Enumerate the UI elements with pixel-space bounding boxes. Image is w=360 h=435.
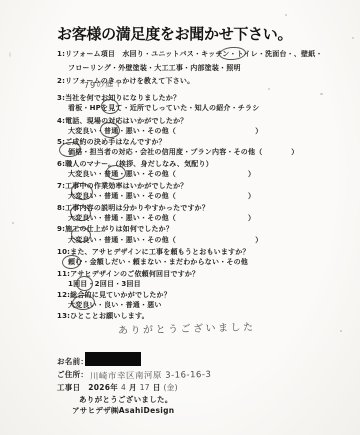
question-2: 2:リフォームのきっかけを教えて下さい。 [57, 77, 194, 85]
handwritten-month: 4 [121, 383, 126, 392]
page-title: お客様の満足度をお聞かせ下さい。 [57, 26, 292, 43]
scan-speck [320, 93, 323, 95]
question-1-line1: 1:リフォーム項目 水回り・ユニットバス・キッチン・トイレ・洗面台・、壁紙・ [57, 50, 323, 58]
scan-speck [12, 222, 14, 224]
name-redaction-box [85, 352, 141, 366]
printed-thanks: ありがとうございました。 [79, 395, 173, 404]
question-6-options: 大変良い・普通・悪い・その他（ ） [68, 170, 255, 178]
question-7-options: 大変良い・普通・悪い・その他（ ） [68, 192, 255, 200]
question-6: 6:職人のマナー。（挨拶、身だしなみ、気配り） [57, 160, 213, 168]
handwritten-address: 川崎市幸区南河原 3-16-16-3 [90, 368, 212, 382]
construction-date-line: 工事日 2026年 4 月 17 日 (金) [57, 383, 178, 392]
question-10: 10:また、アサヒデザインに工事を頼もうとおもいますか？ [57, 248, 250, 256]
question-3-options: 看板・HPを見て・近所でしっていた・知人の紹介・チラシ [68, 104, 259, 112]
handwritten-weekday: (金) [164, 383, 178, 392]
name-label: お名前： [57, 357, 88, 366]
scan-speck [352, 37, 354, 39]
question-4: 4:電話、現場の対応はいかがでしたか？ [57, 117, 187, 125]
handwritten-reason-note: 79の庭十 [84, 78, 124, 91]
question-3: 3:当社を何でお知りになりましたか？ [57, 94, 180, 102]
date-prefix: 工事日 2026年 [57, 383, 118, 392]
question-10-options: 頼む・金額しだい・頼まない・まだわからない・その他 [68, 258, 248, 266]
scan-speck [285, 14, 287, 16]
question-1-line2: フローリング・外壁塗装・大工工事・内部塗装・照明 [68, 64, 241, 72]
scan-speck [268, 88, 270, 90]
question-13: 13:ひとことお願いします。 [57, 312, 149, 320]
month-suffix: 月 [129, 383, 137, 392]
handwritten-day: 17 [140, 383, 150, 392]
address-label: ご住所： [57, 370, 88, 379]
question-4-options: 大変良い・普通・悪い・その他（ ） [68, 127, 262, 135]
question-8-options: 大変良い・普通・悪い・その他（ ） [68, 214, 255, 222]
question-5-options: 価格・担当者の対応・会社の信用度・プラン内容・その他（ ） [68, 148, 298, 156]
scan-speck [9, 52, 11, 57]
question-9-options: 大変良い・普通・悪い・その他（ ） [68, 236, 262, 244]
company-name: アサヒデザ㈱AsahiDesign [72, 406, 174, 415]
scan-speck [340, 330, 342, 332]
day-suffix: 日 [153, 383, 161, 392]
